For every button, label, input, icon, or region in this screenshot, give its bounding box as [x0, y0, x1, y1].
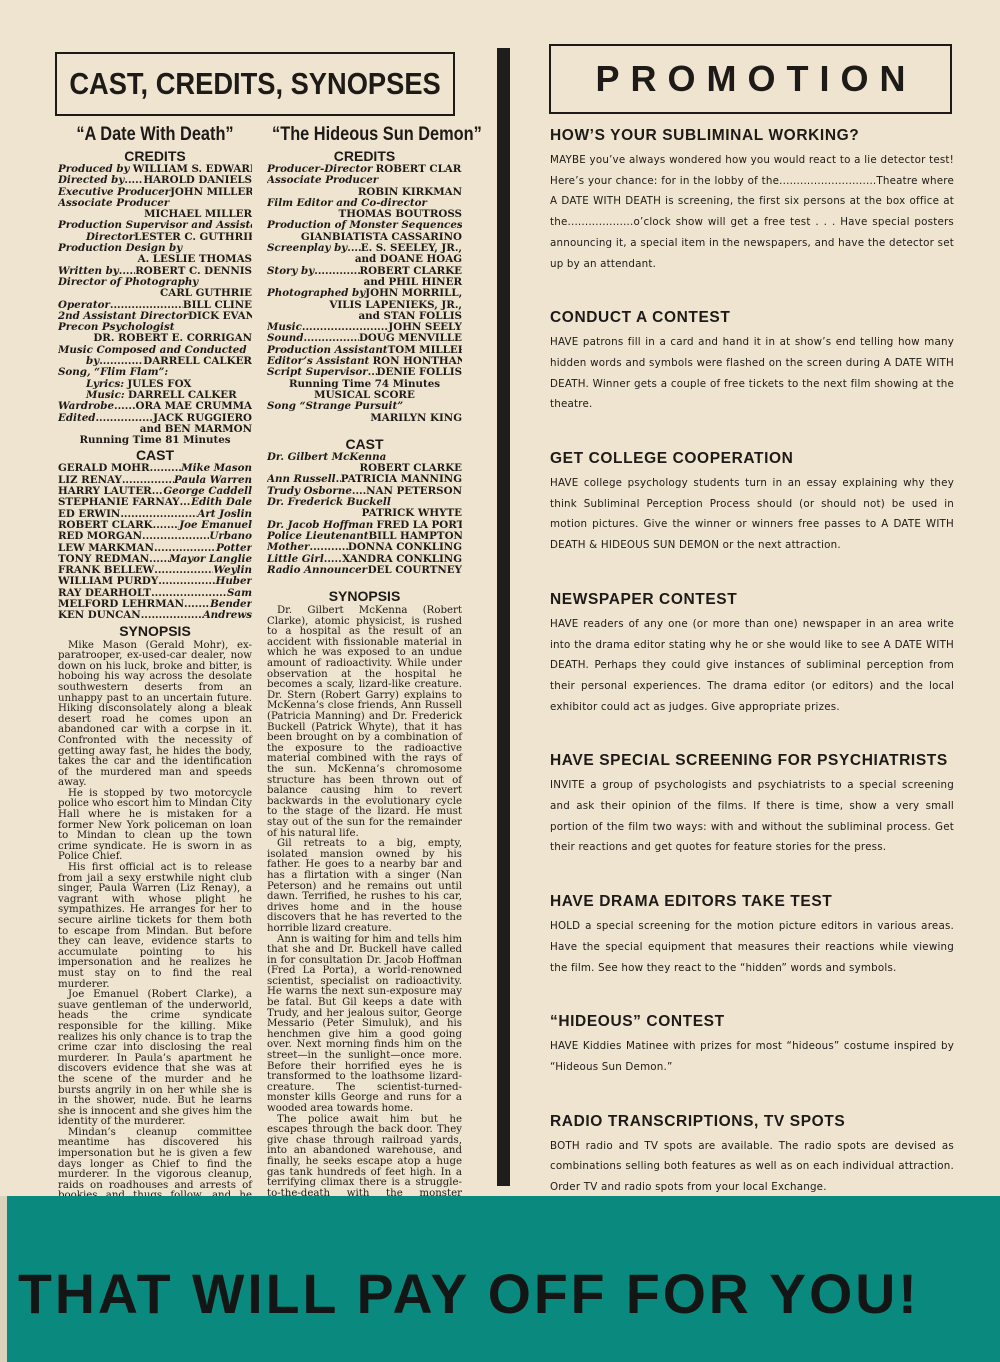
song-credit: Song “Strange Pursuit”: [267, 401, 462, 412]
credit-role: Operator: [58, 300, 110, 311]
actor-name: NAN PETERSON: [366, 486, 462, 497]
synopsis-paragraph: His first official act is to release fro…: [58, 863, 252, 990]
credit-role: Music Composed and Conducted: [58, 345, 247, 356]
credit-name: JOHN MORRILL,: [365, 288, 462, 299]
promotion-item: GET COLLEGE COOPERATIONHAVE college psyc…: [550, 449, 954, 556]
credit-role: Music:: [86, 390, 125, 401]
credit-role: Produced by: [58, 164, 130, 175]
cast-line: Little GirlXANDRA CONKLING: [267, 554, 462, 565]
dot-leader: [154, 543, 216, 554]
credit-role: Production Assistant: [267, 345, 388, 356]
cast-line: LIZ RENAYPaula Warren: [58, 475, 252, 486]
character-name: Ann Russell: [267, 474, 336, 485]
credit-line: Script SupervisorDENIE FOLLIS: [267, 367, 462, 378]
actor-name: DEL COURTNEY: [368, 565, 462, 576]
promotion-title-box: PROMOTION: [549, 44, 952, 114]
promotion-body: HAVE readers of any one (or more than on…: [550, 614, 954, 718]
character-name: Mike Mason: [181, 463, 252, 474]
cast-heading: CAST: [58, 447, 252, 463]
character-name: Little Girl: [267, 554, 324, 565]
dot-leader: [314, 266, 359, 277]
credit-line: MusicJOHN SEELY: [267, 322, 462, 333]
credit-role: Sound: [267, 333, 303, 344]
credit-name: RON HONTHANER: [373, 356, 462, 367]
credit-role: Screenplay by: [267, 243, 347, 254]
actor-name: TONY REDMAN: [58, 554, 149, 565]
character-name: Joe Emanuel: [179, 520, 252, 531]
synopsis-paragraph: Ann is waiting for him and tells him tha…: [267, 935, 462, 1115]
character-name: Andrews: [203, 610, 252, 621]
dot-leader: [124, 175, 143, 186]
credit-role: Directed by: [58, 175, 124, 186]
banner-edge: [0, 1196, 7, 1362]
credit-line: Production AssistantTOM MILLER: [267, 345, 462, 356]
character-name: Paula Warren: [174, 475, 252, 486]
credit-line: DirectorLESTER C. GUTHRIE: [58, 232, 252, 243]
song-credit-name: MARILYN KING: [267, 413, 462, 424]
credit-name: WILLIAM S. EDWARDS: [133, 164, 252, 175]
credits-list: Producer-Director ROBERT CLARKEAssociate…: [267, 164, 462, 379]
credit-role: Song, “Flim Flam”:: [58, 367, 168, 378]
dot-leader: [368, 367, 377, 378]
actor-name: PATRICIA MANNING: [341, 474, 462, 485]
credit-role: by: [86, 356, 99, 367]
promotion-heading: NEWSPAPER CONTEST: [550, 590, 954, 610]
credit-line: Editor’s Assistant RON HONTHANER: [267, 356, 462, 367]
credit-line: Executive ProducerJOHN MILLER: [58, 187, 252, 198]
credit-role: Producer-Director: [267, 164, 372, 175]
cast-heading: CAST: [267, 436, 462, 452]
character-name: Weylin: [213, 565, 252, 576]
credit-line: WardrobeORA MAE CRUMMA: [58, 401, 252, 412]
credit-line: Directed byHAROLD DANIELS: [58, 175, 252, 186]
character-name: Mother: [267, 542, 310, 553]
character-name: Radio Announcer: [267, 565, 367, 576]
credit-role: Written by: [58, 266, 119, 277]
actor-name: GERALD MOHR: [58, 463, 150, 474]
promotion-item: CONDUCT A CONTESTHAVE patrons fill in a …: [550, 308, 954, 415]
credit-name: JOHN MILLER: [170, 187, 252, 198]
credit-name: BILL CLINE: [183, 300, 252, 311]
character-name: Edith Dale: [191, 497, 252, 508]
credit-name: DOUG MENVILLE: [359, 333, 462, 344]
dot-leader: [99, 356, 143, 367]
actor-name: FRANK BELLEW: [58, 565, 154, 576]
credit-name: A. LESLIE THOMAS: [58, 254, 252, 265]
promotion-body: BOTH radio and TV spots are available. T…: [550, 1136, 954, 1198]
credit-line: Written byROBERT C. DENNIS: [58, 266, 252, 277]
synopsis-paragraph: He is stopped by two motorcycle police w…: [58, 789, 252, 863]
credit-name: and PHIL HINER: [267, 277, 462, 288]
cast-list: GERALD MOHRMike MasonLIZ RENAYPaula Warr…: [58, 463, 252, 621]
musical-score-heading: MUSICAL SCORE: [267, 390, 462, 401]
credit-line: Music: DARRELL CALKER: [58, 390, 252, 401]
dot-leader: [324, 554, 342, 565]
credit-name: DICK EVANS: [188, 311, 252, 322]
banner-text: THAT WILL PAY OFF FOR YOU!: [18, 1262, 983, 1326]
credit-name: TOM MILLER: [388, 345, 462, 356]
credit-line: Song, “Flim Flam”:: [58, 367, 252, 378]
character-name: George Caddell: [163, 486, 252, 497]
actor-name: PATRICK WHYTE: [267, 508, 462, 519]
promotion-body: HAVE Kiddies Matinee with prizes for mos…: [550, 1036, 954, 1077]
actor-name: MELFORD LEHRMAN: [58, 599, 184, 610]
actor-name: DONNA CONKLING: [348, 542, 462, 553]
cast-line: Ann RussellPATRICIA MANNING: [267, 474, 462, 485]
dot-leader: [158, 576, 215, 587]
promotion-heading: “HIDEOUS” CONTEST: [550, 1012, 954, 1032]
dot-leader: [114, 401, 136, 412]
promotion-item: “HIDEOUS” CONTESTHAVE Kiddies Matinee wi…: [550, 1012, 954, 1077]
dot-leader: [154, 565, 213, 576]
running-time: Running Time 81 Minutes: [58, 435, 252, 446]
promotion-item: HOW’S YOUR SUBLIMINAL WORKING?MAYBE you’…: [550, 126, 954, 274]
credit-role: Executive Producer: [58, 187, 170, 198]
credit-line: Associate Producer: [267, 175, 462, 186]
promotion-heading: HOW’S YOUR SUBLIMINAL WORKING?: [550, 126, 954, 146]
credit-name: JULES FOX: [127, 379, 191, 390]
promotion-item: NEWSPAPER CONTESTHAVE readers of any one…: [550, 590, 954, 718]
synopsis-paragraph: Gil retreats to a big, empty, isolated m…: [267, 839, 462, 934]
credit-role: Director: [86, 232, 134, 243]
cast-line: Trudy OsborneNAN PETERSON: [267, 486, 462, 497]
cast-line: WILLIAM PURDYHuber: [58, 576, 252, 587]
credit-name: JOHN SEELY: [388, 322, 462, 333]
actor-name: STEPHANIE FARNAY: [58, 497, 180, 508]
character-name: Police Lieutenant: [267, 531, 368, 542]
credit-name: LESTER C. GUTHRIE: [134, 232, 252, 243]
credit-line: OperatorBILL CLINE: [58, 300, 252, 311]
credit-role: Wardrobe: [58, 401, 114, 412]
press-book-page: CAST, CREDITS, SYNOPSES “A Date With Dea…: [0, 0, 1000, 1362]
dot-leader: [142, 531, 209, 542]
credit-role: 2nd Assistant Director: [58, 311, 188, 322]
dot-leader: [149, 554, 169, 565]
promotion-title: PROMOTION: [585, 58, 917, 100]
dot-leader: [122, 475, 174, 486]
actor-name: BILL HAMPTON: [368, 531, 462, 542]
film-title: “A Date With Death”: [63, 124, 247, 146]
cast-line: KEN DUNCANAndrews: [58, 610, 252, 621]
actor-name: FRED LA PORTA: [377, 520, 463, 531]
dot-leader: [120, 509, 197, 520]
actor-name: XANDRA CONKLING: [342, 554, 462, 565]
credit-line: 2nd Assistant DirectorDICK EVANS: [58, 311, 252, 322]
dot-leader: [150, 463, 182, 474]
promotion-heading: HAVE DRAMA EDITORS TAKE TEST: [550, 892, 954, 912]
credit-name: DARRELL CALKER: [143, 356, 252, 367]
credit-line: byDARRELL CALKER: [58, 356, 252, 367]
character-name: Huber: [216, 576, 252, 587]
cast-line: FRANK BELLEWWeylin: [58, 565, 252, 576]
credits-heading: CREDITS: [267, 148, 462, 164]
credit-role: Associate Producer: [267, 175, 378, 186]
credit-line: Production Supervisor and Assistant: [58, 220, 252, 231]
dot-leader: [184, 599, 210, 610]
synopsis-heading: SYNOPSIS: [58, 623, 252, 639]
credit-line: Lyrics: JULES FOX: [58, 379, 252, 390]
synopsis-paragraph: Joe Emanuel (Robert Clarke), a suave gen…: [58, 990, 252, 1128]
actor-name: ROBERT CLARK: [58, 520, 153, 531]
credit-name: ORA MAE CRUMMA: [136, 401, 252, 412]
promotion-body: HAVE patrons fill in a card and hand it …: [550, 332, 954, 415]
actor-name: LEW MARKMAN: [58, 543, 154, 554]
cast-line: ED ERWINArt Joslin: [58, 509, 252, 520]
promotion-heading: HAVE SPECIAL SCREENING FOR PSYCHIATRISTS: [550, 751, 954, 771]
dot-leader: [310, 542, 348, 553]
credits-list: Produced by WILLIAM S. EDWARDSDirected b…: [58, 164, 252, 435]
credit-line: Produced by WILLIAM S. EDWARDS: [58, 164, 252, 175]
promotion-item: HAVE SPECIAL SCREENING FOR PSYCHIATRISTS…: [550, 751, 954, 858]
film-title: “The Hideous Sun Demon”: [272, 124, 457, 146]
cast-line: TONY REDMANMayor Langlie: [58, 554, 252, 565]
dot-leader: [180, 497, 192, 508]
credit-name: and STAN FOLLIS: [267, 311, 462, 322]
dot-leader: [153, 520, 180, 531]
credit-name: DENIE FOLLIS: [377, 367, 462, 378]
promotion-heading: RADIO TRANSCRIPTIONS, TV SPOTS: [550, 1112, 954, 1132]
promotion-body: HOLD a special screening for the motion …: [550, 916, 954, 978]
credit-role: Story by: [267, 266, 314, 277]
actor-name: LIZ RENAY: [58, 475, 122, 486]
synopsis-paragraph: Mike Mason (Gerald Mohr), ex-paratrooper…: [58, 641, 252, 789]
credits-heading: CREDITS: [58, 148, 252, 164]
credit-name: THOMAS BOUTROSS: [267, 209, 462, 220]
column-divider: [497, 48, 510, 1186]
synopsis-heading: SYNOPSIS: [267, 588, 462, 604]
character-name: Potter: [216, 543, 252, 554]
credit-name: CARL GUTHRIE: [58, 288, 252, 299]
synopsis-text: Dr. Gilbert McKenna (Robert Clarke), ato…: [267, 606, 462, 1273]
credit-name: and DOANE HOAG: [267, 254, 462, 265]
promotion-list: HOW’S YOUR SUBLIMINAL WORKING?MAYBE you’…: [550, 126, 954, 1232]
credit-line: Producer-Director ROBERT CLARKE: [267, 164, 462, 175]
credit-name: DARRELL CALKER: [128, 390, 237, 401]
character-name: Bender: [210, 599, 252, 610]
dot-leader: [302, 322, 388, 333]
credit-role: Production Supervisor and Assistant: [58, 220, 252, 231]
promotion-item: HAVE DRAMA EDITORS TAKE TESTHOLD a speci…: [550, 892, 954, 978]
cast-line: HARRY LAUTERGeorge Caddell: [58, 486, 252, 497]
cast-credits-title: CAST, CREDITS, SYNOPSES: [69, 66, 440, 102]
cast-line: Radio AnnouncerDEL COURTNEY: [267, 565, 462, 576]
promotion-body: HAVE college psychology students turn in…: [550, 473, 954, 556]
promotion-heading: GET COLLEGE COOPERATION: [550, 449, 954, 469]
character-name: Mayor Langlie: [169, 554, 252, 565]
credit-line: Photographed byJOHN MORRILL,: [267, 288, 462, 299]
character-name: Urbano: [209, 531, 252, 542]
cast-credits-title-box: CAST, CREDITS, SYNOPSES: [55, 52, 455, 116]
cast-line: MotherDONNA CONKLING: [267, 542, 462, 553]
dot-leader: [141, 610, 203, 621]
cast-list: Dr. Gilbert McKennaROBERT CLARKEAnn Russ…: [267, 452, 462, 576]
cast-line: ROBERT CLARKJoe Emanuel: [58, 520, 252, 531]
credit-name: ROBERT CLARKE: [376, 164, 462, 175]
promotion-heading: CONDUCT A CONTEST: [550, 308, 954, 328]
credit-name: DR. ROBERT E. CORRIGAN: [58, 333, 252, 344]
dot-leader: [152, 486, 164, 497]
character-name: Sam: [227, 588, 252, 599]
credit-line: Music Composed and Conducted: [58, 345, 252, 356]
credit-role: Photographed by: [267, 288, 365, 299]
credit-name: MICHAEL MILLER: [58, 209, 252, 220]
film-column-hideous-sun-demon: “The Hideous Sun Demon” CREDITS Producer…: [267, 124, 462, 1274]
dot-leader: [110, 300, 183, 311]
cast-line: MELFORD LEHRMANBender: [58, 599, 252, 610]
credit-role: Script Supervisor: [267, 367, 368, 378]
character-name: Art Joslin: [197, 509, 252, 520]
promotion-body: INVITE a group of psychologists and psyc…: [550, 775, 954, 858]
synopsis-paragraph: Dr. Gilbert McKenna (Robert Clarke), ato…: [267, 606, 462, 839]
dot-leader: [151, 588, 227, 599]
actor-name: RED MORGAN: [58, 531, 142, 542]
credit-line: SoundDOUG MENVILLE: [267, 333, 462, 344]
character-name: Dr. Jacob Hoffman: [267, 520, 373, 531]
cast-line: Police LieutenantBILL HAMPTON: [267, 531, 462, 542]
promotion-body: MAYBE you’ve always wondered how you wou…: [550, 150, 954, 274]
actor-name: WILLIAM PURDY: [58, 576, 158, 587]
credit-role: Lyrics:: [86, 379, 124, 390]
credit-name: ROBERT C. DENNIS: [135, 266, 252, 277]
film-column-date-with-death: “A Date With Death” CREDITS Produced by …: [58, 124, 252, 1319]
credit-role: Music: [267, 322, 302, 333]
credit-role: Edited: [58, 413, 95, 424]
dot-leader: [119, 266, 135, 277]
actor-name: KEN DUNCAN: [58, 610, 141, 621]
character-name: Trudy Osborne: [267, 486, 352, 497]
cast-line: RED MORGANUrbano: [58, 531, 252, 542]
dot-leader: [352, 486, 366, 497]
cast-line: Dr. Jacob Hoffman FRED LA PORTA: [267, 520, 462, 531]
dot-leader: [303, 333, 358, 344]
credit-name: GIANBIATISTA CASSARINO: [267, 232, 462, 243]
credit-role: Editor’s Assistant: [267, 356, 369, 367]
actor-name: ED ERWIN: [58, 509, 120, 520]
credit-name: ROBIN KIRKMAN: [267, 187, 462, 198]
credit-name: HAROLD DANIELS: [143, 175, 252, 186]
actor-name: ROBERT CLARKE: [267, 463, 462, 474]
cast-line: RAY DEARHOLTSam: [58, 588, 252, 599]
cast-line: GERALD MOHRMike Mason: [58, 463, 252, 474]
cast-line: LEW MARKMANPotter: [58, 543, 252, 554]
cast-line: STEPHANIE FARNAYEdith Dale: [58, 497, 252, 508]
actor-name: HARRY LAUTER: [58, 486, 152, 497]
actor-name: RAY DEARHOLT: [58, 588, 151, 599]
promotion-item: RADIO TRANSCRIPTIONS, TV SPOTSBOTH radio…: [550, 1112, 954, 1198]
